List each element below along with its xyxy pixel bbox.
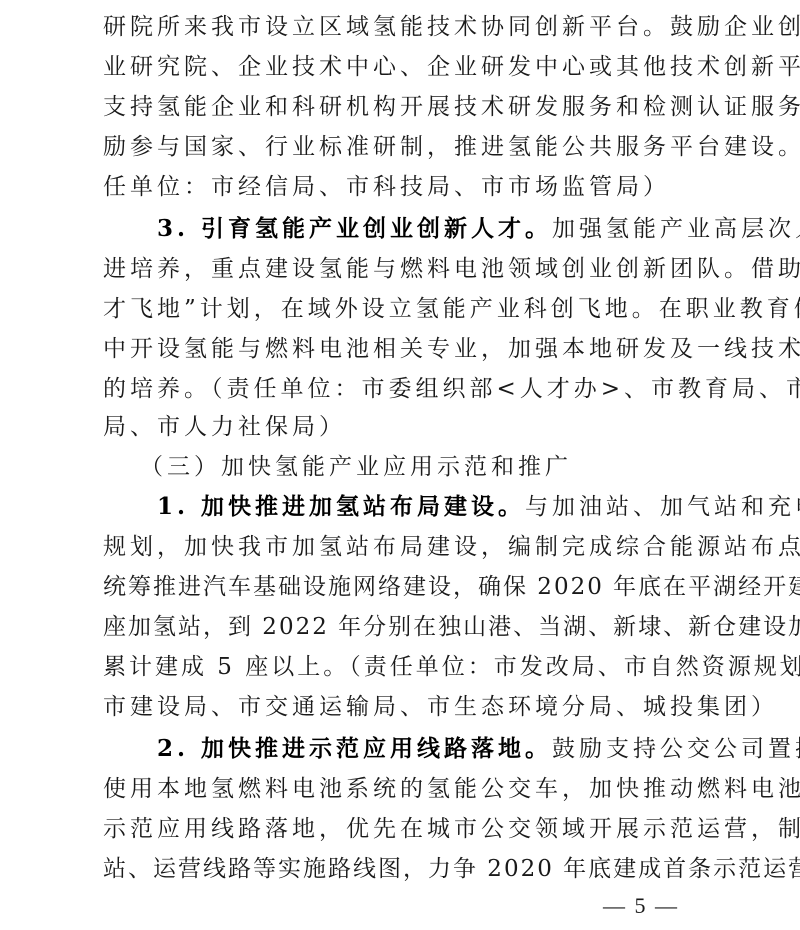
paragraph-line: 的培养。（责任单位：市委组织部<人才办>、市教育局、市科技	[103, 369, 703, 409]
paragraph-line: 进培养，重点建设氢能与燃料电池领域创业创新团队。借助“人	[103, 249, 703, 289]
paragraph-line: 示范应用线路落地，优先在城市公交领域开展示范运营，制定加氢	[103, 809, 703, 849]
paragraph-line: 励参与国家、行业标准研制，推进氢能公共服务平台建设。（责	[103, 127, 703, 167]
item-heading: 3. 引育氢能产业创业创新人才。	[157, 215, 552, 242]
section-heading-line: 2. 加快推进示范应用线路落地。鼓励支持公交公司置换或新购	[157, 729, 757, 769]
paragraph-line: 中开设氢能与燃料电池相关专业，加强本地研发及一线技术人才	[103, 329, 703, 369]
subsection-heading: （三）加快氢能产业应用示范和推广	[140, 447, 740, 487]
section-heading-line: 1. 加快推进加氢站布局建设。与加油站、加气站和充电桩同步	[157, 487, 757, 527]
item-heading: 1. 加快推进加氢站布局建设。	[157, 493, 525, 520]
paragraph-line: 任单位：市经信局、市科技局、市市场监管局）	[103, 167, 703, 207]
paragraph-line: 规划，加快我市加氢站布局建设，编制完成综合能源站布点规划，	[103, 527, 703, 567]
page-number: — 5 —	[600, 893, 682, 919]
paragraph-line: 使用本地氢燃料电池系统的氢能公交车，加快推动燃料电池汽车的	[103, 769, 703, 809]
paragraph-line: 局、市人力社保局）	[103, 407, 703, 447]
document-page: 研院所来我市设立区域氢能技术协同创新平台。鼓励企业创建企 业研究院、企业技术中心…	[0, 0, 800, 930]
paragraph-line: 座加氢站，到 2022 年分别在独山港、当湖、新埭、新仓建设加氢站，	[103, 607, 703, 647]
paragraph-line: 累计建成 5 座以上。（责任单位：市发改局、市自然资源规划局、	[103, 647, 703, 687]
section-heading-line: 3. 引育氢能产业创业创新人才。加强氢能产业高层次人才引	[157, 209, 757, 249]
paragraph-line: 才飞地”计划，在域外设立氢能产业科创飞地。在职业教育体系	[103, 289, 703, 329]
paragraph-line: 站、运营线路等实施路线图，力争 2020 年底建成首条示范运营公交	[103, 849, 703, 889]
paragraph-line: 统筹推进汽车基础设施网络建设，确保 2020 年底在平湖经开建成首	[103, 567, 703, 607]
paragraph-line: 业研究院、企业技术中心、企业研发中心或其他技术创新平台。	[103, 47, 703, 87]
item-heading: 2. 加快推进示范应用线路落地。	[157, 735, 552, 762]
paragraph-line: 支持氢能企业和科研机构开展技术研发服务和检测认证服务，鼓	[103, 87, 703, 127]
paragraph-line: 研院所来我市设立区域氢能技术协同创新平台。鼓励企业创建企	[103, 7, 703, 47]
paragraph-line: 市建设局、市交通运输局、市生态环境分局、城投集团）	[103, 687, 703, 727]
